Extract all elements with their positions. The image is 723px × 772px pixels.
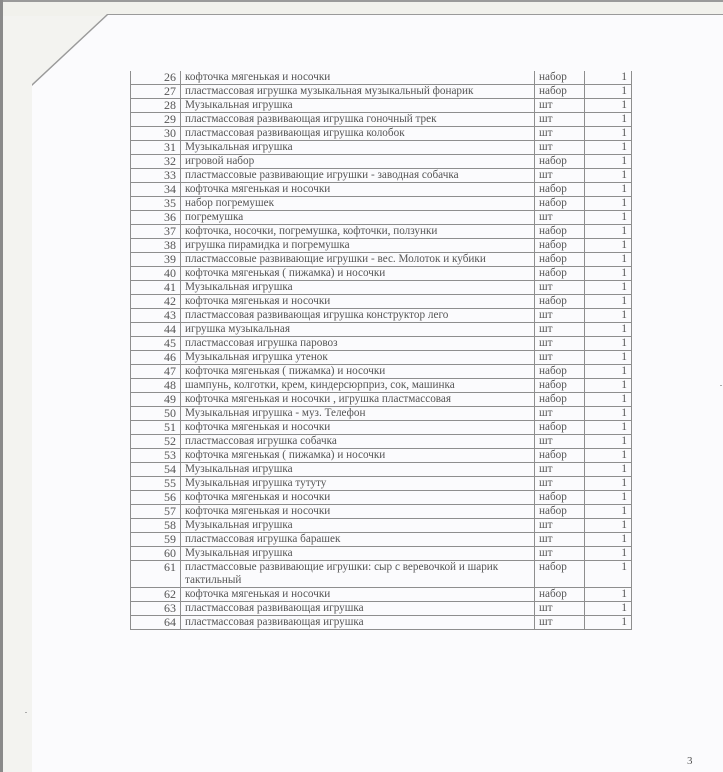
item-description: кофточка мягенькая и носочки , игрушка п… (181, 393, 535, 407)
table-row: 44игрушка музыкальнаяшт1 (131, 323, 632, 337)
item-description: пластмассовая развивающая игрушка (181, 602, 535, 616)
item-description: кофточка мягенькая и носочки (181, 588, 535, 602)
table-row: 31Музыкальная игрушкашт1 (131, 141, 632, 155)
row-number: 41 (131, 281, 181, 295)
row-number: 30 (131, 127, 181, 141)
row-number: 54 (131, 463, 181, 477)
item-description: Музыкальная игрушка тутуту (181, 477, 535, 491)
item-unit: шт (535, 211, 585, 225)
item-description: кофточка мягенькая ( пижамка) и носочки (181, 449, 535, 463)
table-row: 37кофточка, носочки, погремушка, кофточк… (131, 225, 632, 239)
table-row: 42кофточка мягенькая и носочкинабор1 (131, 295, 632, 309)
item-quantity: 1 (585, 267, 632, 281)
item-description: пластмассовая развивающая игрушка колобо… (181, 127, 535, 141)
item-description: кофточка мягенькая и носочки (181, 421, 535, 435)
scan-background-strip (3, 2, 723, 16)
item-unit: шт (535, 547, 585, 561)
item-description: Музыкальная игрушка (181, 99, 535, 113)
item-unit: шт (535, 463, 585, 477)
row-number: 63 (131, 602, 181, 616)
item-quantity: 1 (585, 616, 632, 630)
table-row: 41Музыкальная игрушкашт1 (131, 281, 632, 295)
item-unit: набор (535, 379, 585, 393)
table-row: 51кофточка мягенькая и носочкинабор1 (131, 421, 632, 435)
item-unit: набор (535, 491, 585, 505)
item-description: пластмассовая развивающая игрушка (181, 616, 535, 630)
row-number: 56 (131, 491, 181, 505)
row-number: 52 (131, 435, 181, 449)
table-row: 45пластмассовая игрушка паровозшт1 (131, 337, 632, 351)
item-quantity: 1 (585, 309, 632, 323)
item-description: пластмассовая игрушка музыкальная музыка… (181, 85, 535, 99)
item-unit: шт (535, 337, 585, 351)
item-quantity: 1 (585, 71, 632, 85)
row-number: 59 (131, 533, 181, 547)
table-row: 48шампунь, колготки, крем, киндерсюрприз… (131, 379, 632, 393)
item-quantity: 1 (585, 421, 632, 435)
table-row: 63пластмассовая развивающая игрушкашт1 (131, 602, 632, 616)
item-unit: шт (535, 602, 585, 616)
item-description: кофточка мягенькая и носочки (181, 491, 535, 505)
item-unit: шт (535, 351, 585, 365)
item-unit: шт (535, 407, 585, 421)
item-description: шампунь, колготки, крем, киндерсюрприз, … (181, 379, 535, 393)
table-row: 47кофточка мягенькая ( пижамка) и носочк… (131, 365, 632, 379)
item-quantity: 1 (585, 169, 632, 183)
item-quantity: 1 (585, 197, 632, 211)
row-number: 42 (131, 295, 181, 309)
row-number: 55 (131, 477, 181, 491)
item-unit: набор (535, 588, 585, 602)
item-quantity: 1 (585, 561, 632, 588)
table-row: 39пластмассовые развивающие игрушки - ве… (131, 253, 632, 267)
item-unit: набор (535, 393, 585, 407)
row-number: 47 (131, 365, 181, 379)
item-unit: набор (535, 253, 585, 267)
item-unit: набор (535, 365, 585, 379)
item-description: кофточка мягенькая ( пижамка) и носочки (181, 365, 535, 379)
item-unit: набор (535, 197, 585, 211)
item-description: кофточка мягенькая и носочки (181, 505, 535, 519)
item-description: Музыкальная игрушка (181, 463, 535, 477)
table-row: 36погремушкашт1 (131, 211, 632, 225)
row-number: 39 (131, 253, 181, 267)
item-quantity: 1 (585, 295, 632, 309)
item-description: Музыкальная игрушка (181, 281, 535, 295)
table-row: 55Музыкальная игрушка тутутушт1 (131, 477, 632, 491)
item-unit: шт (535, 113, 585, 127)
table-row: 64пластмассовая развивающая игрушкашт1 (131, 616, 632, 630)
item-quantity: 1 (585, 351, 632, 365)
item-quantity: 1 (585, 127, 632, 141)
table-row: 27пластмассовая игрушка музыкальная музы… (131, 85, 632, 99)
item-unit: набор (535, 561, 585, 588)
table-row: 26кофточка мягенькая и носочкинабор1 (131, 71, 632, 85)
item-unit: шт (535, 141, 585, 155)
item-quantity: 1 (585, 477, 632, 491)
item-unit: шт (535, 99, 585, 113)
item-quantity: 1 (585, 281, 632, 295)
item-description: игрушка музыкальная (181, 323, 535, 337)
row-number: 31 (131, 141, 181, 155)
row-number: 49 (131, 393, 181, 407)
item-quantity: 1 (585, 379, 632, 393)
table-row: 29пластмассовая развивающая игрушка гоно… (131, 113, 632, 127)
row-number: 38 (131, 239, 181, 253)
item-quantity: 1 (585, 365, 632, 379)
item-description: пластмассовая игрушка собачка (181, 435, 535, 449)
item-quantity: 1 (585, 547, 632, 561)
row-number: 28 (131, 99, 181, 113)
table-row: 30пластмассовая развивающая игрушка коло… (131, 127, 632, 141)
table-row: 56кофточка мягенькая и носочкинабор1 (131, 491, 632, 505)
table-row: 46Музыкальная игрушка утенокшт1 (131, 351, 632, 365)
item-quantity: 1 (585, 435, 632, 449)
row-number: 45 (131, 337, 181, 351)
item-quantity: 1 (585, 337, 632, 351)
row-number: 62 (131, 588, 181, 602)
item-unit: набор (535, 183, 585, 197)
items-table-body: 26кофточка мягенькая и носочкинабор127пл… (131, 71, 632, 630)
item-description: кофточка мягенькая ( пижамка) и носочки (181, 267, 535, 281)
item-quantity: 1 (585, 463, 632, 477)
item-unit: шт (535, 127, 585, 141)
row-number: 36 (131, 211, 181, 225)
item-unit: набор (535, 225, 585, 239)
item-description: пластмассовые развивающие игрушки - вес.… (181, 253, 535, 267)
item-quantity: 1 (585, 85, 632, 99)
item-description: пластмассовые развивающие игрушки - заво… (181, 169, 535, 183)
item-quantity: 1 (585, 519, 632, 533)
table-row: 54Музыкальная игрушкашт1 (131, 463, 632, 477)
item-quantity: 1 (585, 239, 632, 253)
item-unit: шт (535, 281, 585, 295)
table-row: 43пластмассовая развивающая игрушка конс… (131, 309, 632, 323)
table-row: 59пластмассовая игрушка барашекшт1 (131, 533, 632, 547)
item-unit: набор (535, 267, 585, 281)
table-row: 38игрушка пирамидка и погремушканабор1 (131, 239, 632, 253)
row-number: 48 (131, 379, 181, 393)
item-description: Музыкальная игрушка (181, 519, 535, 533)
row-number: 27 (131, 85, 181, 99)
item-quantity: 1 (585, 533, 632, 547)
item-unit: набор (535, 421, 585, 435)
table-row: 34кофточка мягенькая и носочкинабор1 (131, 183, 632, 197)
scan-speck (720, 385, 722, 386)
item-description: кофточка мягенькая и носочки (181, 295, 535, 309)
item-description: Музыкальная игрушка утенок (181, 351, 535, 365)
row-number: 40 (131, 267, 181, 281)
item-unit: шт (535, 533, 585, 547)
item-description: пластмассовая развивающая игрушка гоночн… (181, 113, 535, 127)
item-description: кофточка мягенькая и носочки (181, 183, 535, 197)
table-row: 32игровой наборнабор1 (131, 155, 632, 169)
item-quantity: 1 (585, 588, 632, 602)
item-description: Музыкальная игрушка (181, 547, 535, 561)
table-row: 58Музыкальная игрушкашт1 (131, 519, 632, 533)
item-unit: шт (535, 309, 585, 323)
table-row: 35набор погремушекнабор1 (131, 197, 632, 211)
item-unit: шт (535, 616, 585, 630)
item-unit: шт (535, 169, 585, 183)
item-description: игровой набор (181, 155, 535, 169)
row-number: 50 (131, 407, 181, 421)
item-quantity: 1 (585, 505, 632, 519)
item-quantity: 1 (585, 225, 632, 239)
item-unit: шт (535, 323, 585, 337)
table-row: 57кофточка мягенькая и носочкинабор1 (131, 505, 632, 519)
item-unit: шт (535, 477, 585, 491)
row-number: 53 (131, 449, 181, 463)
table-row: 62кофточка мягенькая и носочкинабор1 (131, 588, 632, 602)
row-number: 35 (131, 197, 181, 211)
table-row: 40кофточка мягенькая ( пижамка) и носочк… (131, 267, 632, 281)
row-number: 29 (131, 113, 181, 127)
item-unit: шт (535, 519, 585, 533)
row-number: 43 (131, 309, 181, 323)
item-description: игрушка пирамидка и погремушка (181, 239, 535, 253)
item-quantity: 1 (585, 491, 632, 505)
item-description: Музыкальная игрушка (181, 141, 535, 155)
item-description: пластмассовая игрушка барашек (181, 533, 535, 547)
row-number: 26 (131, 71, 181, 85)
row-number: 61 (131, 561, 181, 588)
scan-speck (25, 712, 27, 713)
item-unit: набор (535, 71, 585, 85)
scan-frame-left (0, 0, 3, 772)
table-row: 60Музыкальная игрушкашт1 (131, 547, 632, 561)
item-unit: набор (535, 155, 585, 169)
table-row: 53кофточка мягенькая ( пижамка) и носочк… (131, 449, 632, 463)
table-row: 49кофточка мягенькая и носочки , игрушка… (131, 393, 632, 407)
row-number: 51 (131, 421, 181, 435)
item-description: пластмассовая игрушка паровоз (181, 337, 535, 351)
item-quantity: 1 (585, 602, 632, 616)
item-quantity: 1 (585, 99, 632, 113)
item-quantity: 1 (585, 113, 632, 127)
row-number: 46 (131, 351, 181, 365)
item-description: пластмассовые развивающие игрушки: сыр с… (181, 561, 535, 588)
item-unit: шт (535, 435, 585, 449)
row-number: 44 (131, 323, 181, 337)
row-number: 58 (131, 519, 181, 533)
table-row: 50Музыкальная игрушка - муз. Телефоншт1 (131, 407, 632, 421)
row-number: 60 (131, 547, 181, 561)
item-quantity: 1 (585, 407, 632, 421)
row-number: 64 (131, 616, 181, 630)
item-description: кофточка, носочки, погремушка, кофточки,… (181, 225, 535, 239)
item-unit: набор (535, 505, 585, 519)
page-number: 3 (687, 755, 693, 767)
item-quantity: 1 (585, 155, 632, 169)
item-quantity: 1 (585, 323, 632, 337)
item-description: Музыкальная игрушка - муз. Телефон (181, 407, 535, 421)
item-quantity: 1 (585, 449, 632, 463)
table-row: 52пластмассовая игрушка собачкашт1 (131, 435, 632, 449)
table-row: 33пластмассовые развивающие игрушки - за… (131, 169, 632, 183)
item-description: кофточка мягенькая и носочки (181, 71, 535, 85)
item-quantity: 1 (585, 211, 632, 225)
item-description: набор погремушек (181, 197, 535, 211)
item-description: погремушка (181, 211, 535, 225)
row-number: 57 (131, 505, 181, 519)
item-quantity: 1 (585, 393, 632, 407)
items-table: 26кофточка мягенькая и носочкинабор127пл… (130, 71, 632, 630)
item-unit: набор (535, 449, 585, 463)
row-number: 33 (131, 169, 181, 183)
row-number: 37 (131, 225, 181, 239)
table-row: 28Музыкальная игрушкашт1 (131, 99, 632, 113)
item-unit: набор (535, 295, 585, 309)
item-quantity: 1 (585, 183, 632, 197)
item-quantity: 1 (585, 141, 632, 155)
row-number: 34 (131, 183, 181, 197)
item-unit: набор (535, 85, 585, 99)
item-unit: набор (535, 239, 585, 253)
row-number: 32 (131, 155, 181, 169)
item-description: пластмассовая развивающая игрушка констр… (181, 309, 535, 323)
table-row: 61пластмассовые развивающие игрушки: сыр… (131, 561, 632, 588)
item-quantity: 1 (585, 253, 632, 267)
